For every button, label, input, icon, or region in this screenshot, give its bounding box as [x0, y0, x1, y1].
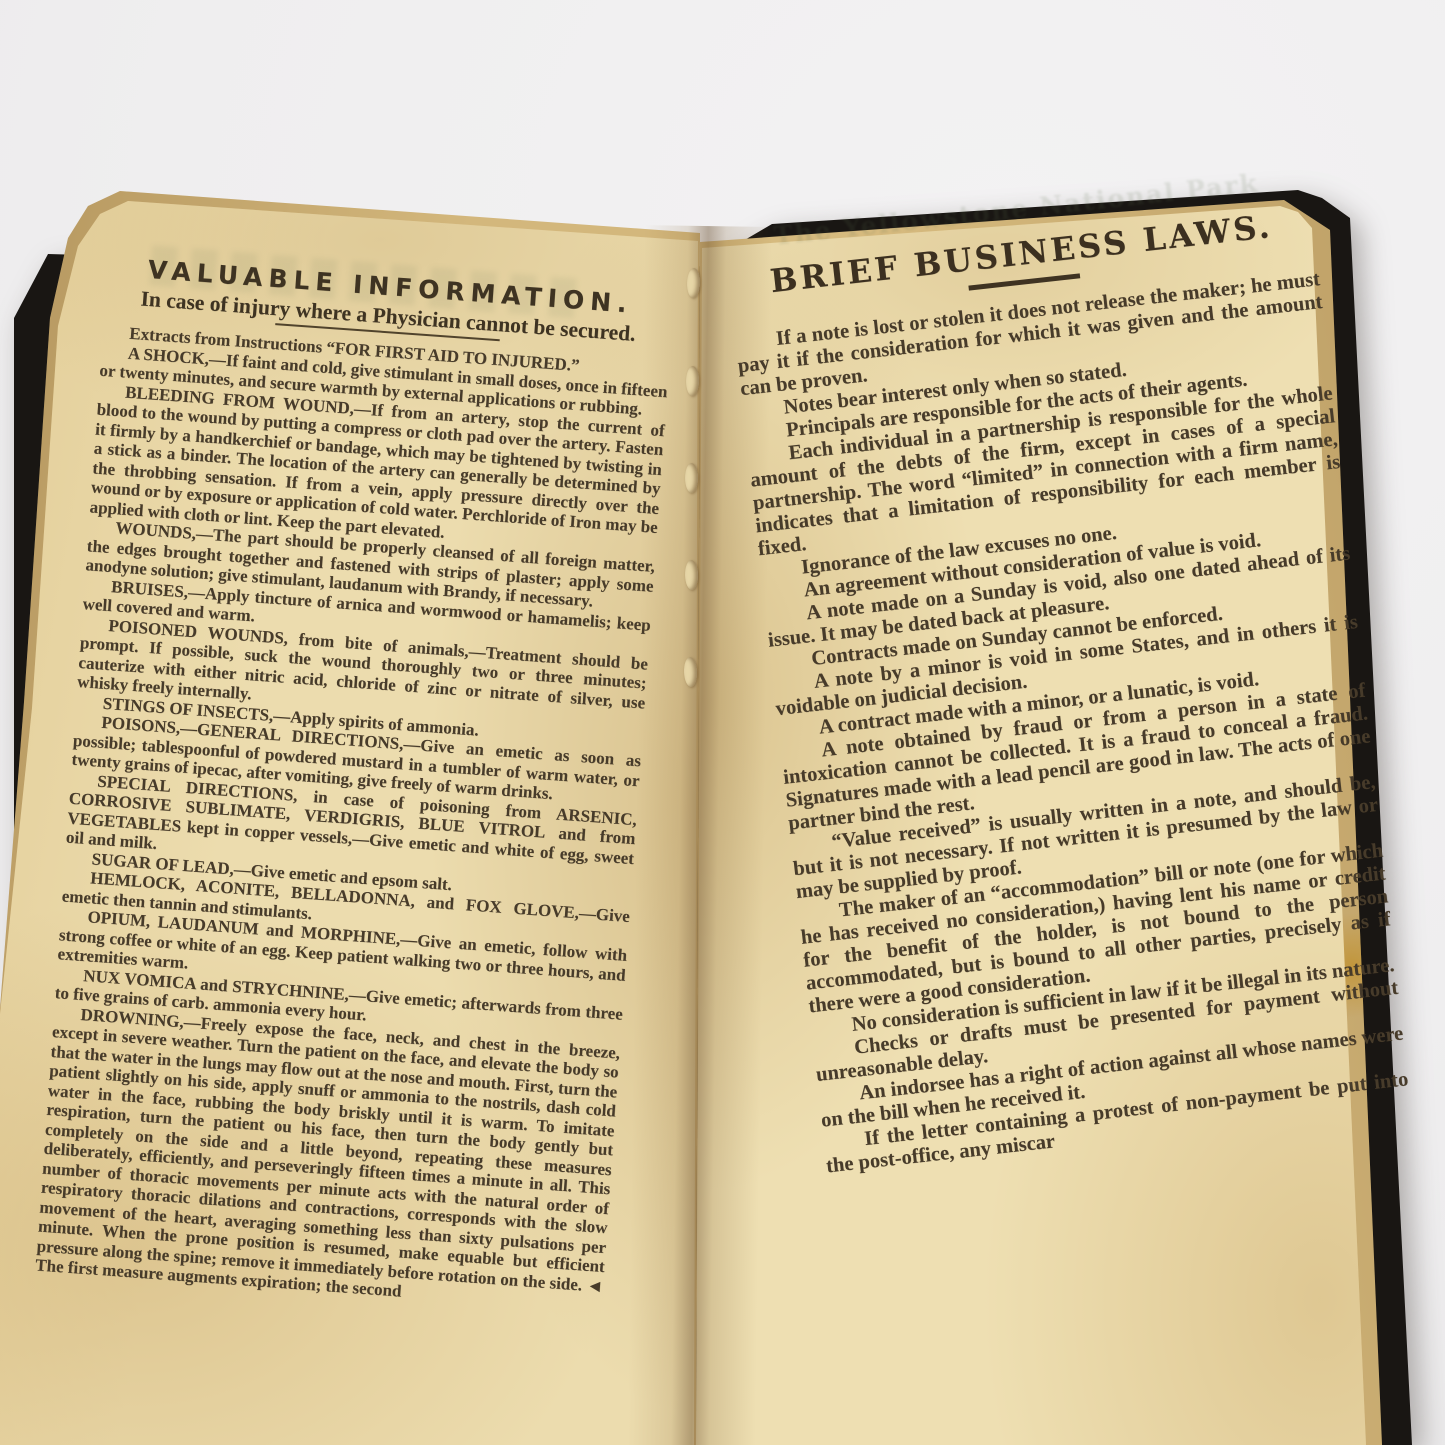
- spine-stitch: [685, 463, 698, 493]
- book-photo: VALUABLE INFORMATION. In case of injury …: [0, 0, 1445, 1445]
- right-page-text: The Yellowstone National Park BRIEF BUSI…: [727, 203, 1412, 1178]
- paragraph: DROWNING,—Freely expose the face, neck, …: [35, 1003, 621, 1316]
- right-page-paragraphs: If a note is lost or stolen it does not …: [734, 268, 1412, 1178]
- spine-stitch: [685, 560, 699, 590]
- left-page-paragraphs: Extracts from Instructions “FOR FIRST AI…: [35, 322, 670, 1316]
- left-page-text: VALUABLE INFORMATION. In case of injury …: [35, 252, 675, 1315]
